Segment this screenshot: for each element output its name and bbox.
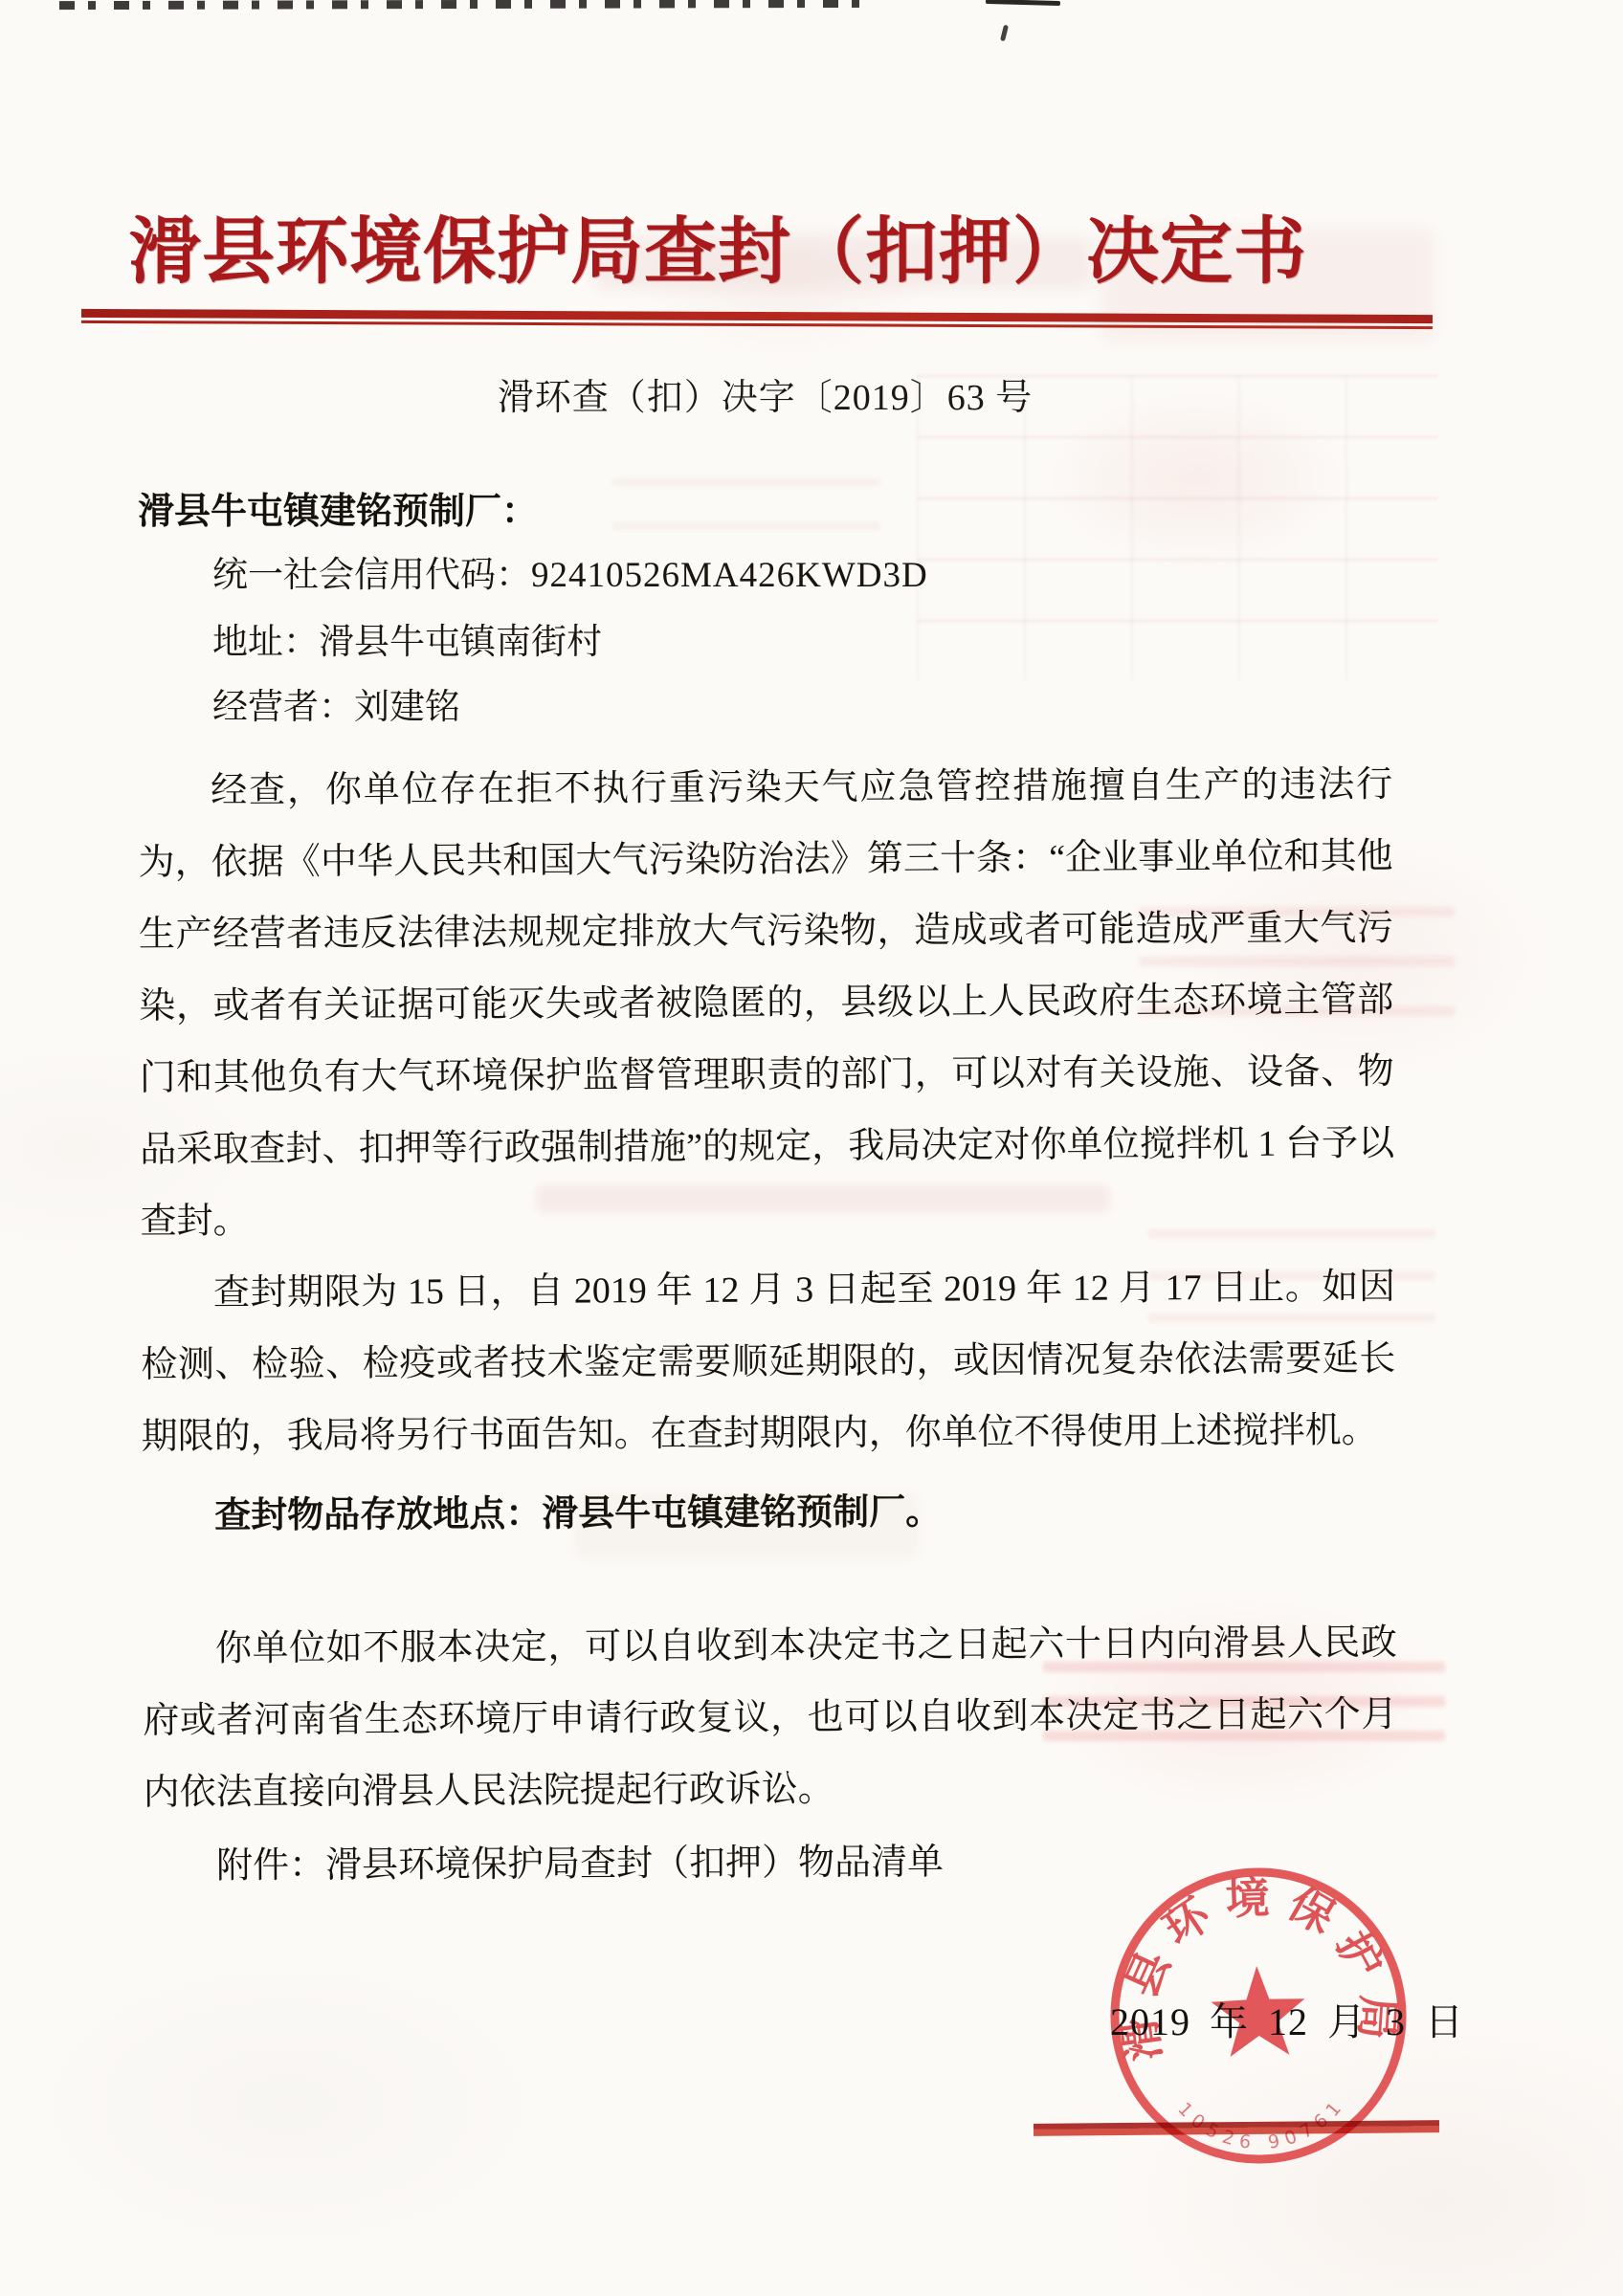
paragraph-findings: 经查，你单位存在拒不执行重污染天气应急管控措施擅自生产的违法行为，依据《中华人民… [138, 749, 1395, 1258]
paragraph-appeal-rights: 你单位如不服本决定，可以自收到本决定书之日起六十日内向滑县人民政府或者河南省生态… [143, 1607, 1398, 1829]
document-number: 滑环查（扣）决字〔2019〕63 号 [138, 367, 1392, 420]
scan-edge-marks [986, 0, 1060, 6]
credit-code-value: 92410526MA426KWD3D [531, 556, 928, 595]
scan-edge-tick [1000, 25, 1009, 42]
red-divider-rule [81, 309, 1433, 331]
bleed-through-table [917, 375, 1438, 681]
scanned-decision-document: 滑县环境保护局查封（扣押）决定书 滑环查（扣）决字〔2019〕63 号 滑县牛屯… [0, 0, 1623, 2296]
operator-line: 经营者：刘建铭 [212, 677, 460, 729]
paragraph-seal-period: 查封期限为 15 日，自 2019 年 12 月 3 日起至 2019 年 12… [141, 1251, 1396, 1473]
credit-code-line: 统一社会信用代码：92410526MA426KWD3D [212, 545, 928, 597]
credit-code-label: 统一社会信用代码： [212, 556, 531, 595]
document-body: 经查，你单位存在拒不执行重污染天气应急管控措施擅自生产的违法行为，依据《中华人民… [138, 749, 1398, 1903]
document-title: 滑县环境保护局查封（扣押）决定书 [86, 193, 1349, 298]
paragraph-storage-location: 查封物品存放地点：滑县牛屯镇建铭预制厂。 [142, 1474, 1396, 1553]
recipient-name: 滑县牛屯镇建铭预制厂： [138, 481, 538, 534]
issue-date: 2019 年 12 月 3 日 [1110, 1992, 1464, 2046]
address-line: 地址：滑县牛屯镇南街村 [212, 612, 602, 664]
scan-edge-marks [59, 0, 873, 10]
